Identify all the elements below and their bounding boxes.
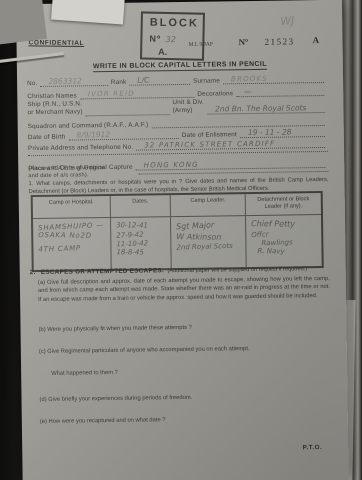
enlistment-label: Date of Enlistment — [182, 131, 237, 139]
row-no-rank-surname: No. 2863312 Rank L/C Surname BROOKS — [27, 73, 327, 87]
decorations-value: — — [244, 87, 252, 96]
camps-table: Camp or Hospital. Dates. Camp Leader. De… — [31, 191, 324, 272]
cell-block-leader: Chief Petty Offcr Rawlings R. Navy — [246, 215, 322, 267]
liberation-questionnaire-form: CONFIDENTIAL BLOCK Nº 32 A. M.I. 9/JAP N… — [16, 0, 349, 480]
item-d-text: (d) Give briefly your experiences during… — [39, 394, 192, 405]
block-stamp-no-label: Nº — [149, 34, 161, 44]
col-header-leader: Camp Leader. — [171, 194, 246, 216]
address-label: Private Address and Telephone No. — [28, 144, 133, 152]
document-photo: CONFIDENTIAL BLOCK Nº 32 A. M.I. 9/JAP N… — [0, 0, 362, 480]
item-a-text: (a) Give full description and approx. da… — [38, 275, 330, 304]
capture-field: HONG KONG — [136, 158, 326, 171]
row-ship-unit: Ship (R.N., U.S.N. or Merchant Navy) Uni… — [27, 97, 327, 117]
address-value: 32 PATRICK STREET CARDIFF — [144, 140, 275, 150]
ref-number: 21523 — [264, 36, 294, 46]
form-instruction-heading: WRITE IN BLOCK CAPITAL LETTERS IN PENCIL — [17, 60, 343, 72]
rank-value: L/C — [137, 75, 149, 84]
capture-value: HONG KONG — [144, 161, 199, 170]
cell-camp-leader: Sgt Major W Atkinson 2nd Royal Scots — [171, 216, 247, 268]
cell-camps: SHAMSHUIPO — OSAKA No2D 4TH CAMP — [33, 218, 111, 270]
rank-field: L/C — [129, 75, 190, 86]
dob-value: 8/9/1912 — [76, 130, 110, 139]
christian-names-label: Christian Names — [27, 92, 77, 100]
no-field: 2863312 — [40, 76, 108, 87]
block-stamp: BLOCK Nº 32 A. — [140, 11, 205, 60]
block-stamp-number: 32 — [166, 35, 176, 44]
unit-label: Unit & Div. (Army) — [172, 99, 204, 115]
item-e-text: (e) How were you recaptured and on what … — [40, 416, 166, 426]
block-stamp-word: BLOCK — [150, 17, 203, 30]
surname-field: BROOKS — [223, 73, 324, 84]
no-value: 2863312 — [48, 76, 82, 85]
ship-label: Ship (R.N., U.S.N. or Merchant Navy) — [27, 100, 82, 116]
dob-label: Date of Birth — [28, 134, 66, 142]
ship-field — [86, 105, 170, 116]
item-c-followup-text: What happened to them ? — [51, 369, 118, 378]
item-b-text: (b) Were you physically fit when you mad… — [39, 324, 192, 335]
christian-names-field: IVOR REID — [80, 88, 195, 100]
col-header-dates: Dates. — [110, 195, 171, 216]
christian-names-value: IVOR REID — [88, 90, 135, 99]
no-label: No. — [27, 80, 38, 87]
decorations-label: Decorations — [197, 90, 233, 97]
surname-value: BROOKS — [231, 75, 268, 84]
pencil-initials: WJ — [280, 14, 295, 28]
col-header-block-leader: Detachment or Block Leader (if any). — [246, 193, 321, 215]
col-header-camp: Camp or Hospital. — [33, 196, 111, 218]
address-field: 32 PATRICK STREET CARDIFF — [136, 138, 325, 151]
enlistment-field: 19 - 11 - 28 — [240, 127, 325, 138]
block-stamp-suffix: A. — [158, 47, 202, 58]
dob-field: 8/9/1912 — [68, 129, 179, 141]
surname-label: Surname — [193, 77, 220, 84]
unit-value: 2nd Bn. The Royal Scots — [215, 103, 306, 113]
ref-no-label: Nº — [238, 37, 248, 47]
ref-org: M.I. 9/JAP — [189, 42, 213, 48]
camps-table-body-row: SHAMSHUIPO — OSAKA No2D 4TH CAMP 30-12-4… — [33, 215, 322, 270]
pto-label: P.T.O. — [303, 444, 323, 451]
enlistment-value: 19 - 11 - 28 — [248, 127, 292, 137]
paper-scrap-grey — [0, 0, 47, 45]
ref-series: A — [312, 35, 319, 45]
rank-label: Rank — [111, 79, 127, 86]
cell-dates: 30-12-41 27-9-42 11-10-42 18-8-45 — [111, 217, 172, 269]
capture-continuation-line — [138, 170, 328, 175]
item-c-text: (c) Give Regimental particulars of anyon… — [39, 345, 250, 356]
confidential-label: CONFIDENTIAL — [29, 39, 85, 47]
decorations-field: — — [236, 86, 324, 97]
unit-field: 2nd Bn. The Royal Scots — [207, 103, 325, 115]
